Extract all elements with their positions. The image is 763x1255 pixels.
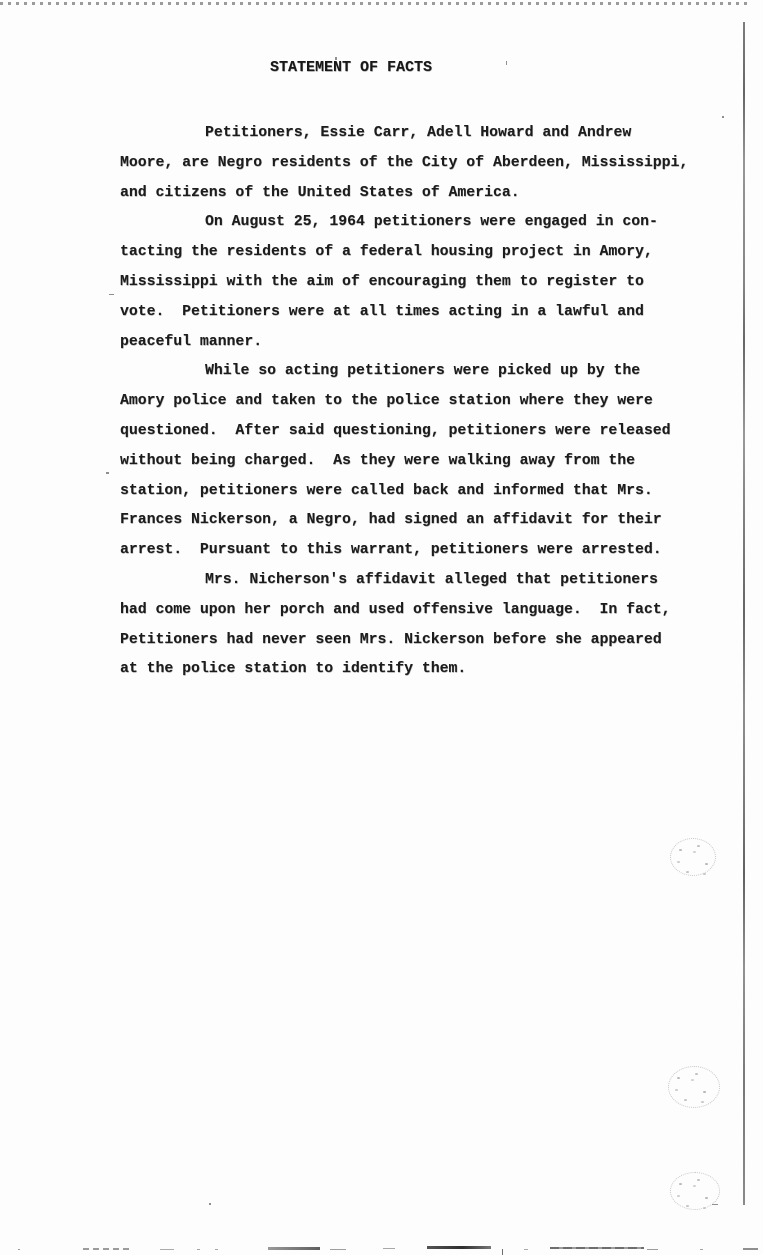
- text-line: had come upon her porch and used offensi…: [120, 596, 700, 626]
- document-body: Petitioners, Essie Carr, Adell Howard an…: [120, 119, 700, 685]
- scan-speck: [106, 472, 109, 474]
- scan-speck: [209, 1203, 211, 1205]
- scan-speck: [712, 1204, 718, 1205]
- paragraph-4: Mrs. Nicherson's affidavit alleged that …: [120, 566, 700, 685]
- right-vertical-scan-line: [743, 22, 745, 1205]
- text-line: Petitioners, Essie Carr, Adell Howard an…: [120, 119, 700, 149]
- text-line: tacting the residents of a federal housi…: [120, 238, 700, 268]
- scan-speck: [506, 61, 507, 65]
- text-line: station, petitioners were called back an…: [120, 477, 700, 507]
- text-line: Petitioners had never seen Mrs. Nickerso…: [120, 626, 700, 656]
- text-line: Mrs. Nicherson's affidavit alleged that …: [120, 566, 700, 596]
- text-line: vote. Petitioners were at all times acti…: [120, 298, 700, 328]
- page-title: STATEMENT OF FACTS: [270, 60, 432, 76]
- stamp-smudge: [670, 838, 716, 876]
- paragraph-3: While so acting petitioners were picked …: [120, 357, 700, 566]
- text-line: Frances Nickerson, a Negro, had signed a…: [120, 506, 700, 536]
- scan-speck: [109, 294, 114, 295]
- text-line: questioned. After said questioning, peti…: [120, 417, 700, 447]
- scan-speck: [722, 116, 724, 118]
- scanned-document-page: STATEMENT OF FACTS Petitioners, Essie Ca…: [0, 0, 763, 1255]
- text-line: While so acting petitioners were picked …: [120, 357, 700, 387]
- bottom-broken-scan-line: [0, 1244, 763, 1255]
- paragraph-2: On August 25, 1964 petitioners were enga…: [120, 208, 700, 357]
- text-line: arrest. Pursuant to this warrant, petiti…: [120, 536, 700, 566]
- top-dashed-scan-edge: [0, 2, 748, 5]
- text-line: peaceful manner.: [120, 328, 700, 358]
- stamp-smudge: [668, 1066, 720, 1108]
- text-line: without being charged. As they were walk…: [120, 447, 700, 477]
- text-line: and citizens of the United States of Ame…: [120, 179, 700, 209]
- text-line: Mississippi with the aim of encouraging …: [120, 268, 700, 298]
- paragraph-1: Petitioners, Essie Carr, Adell Howard an…: [120, 119, 700, 208]
- scan-speck: [335, 57, 337, 60]
- text-line: at the police station to identify them.: [120, 655, 700, 685]
- text-line: On August 25, 1964 petitioners were enga…: [120, 208, 700, 238]
- text-line: Moore, are Negro residents of the City o…: [120, 149, 700, 179]
- text-line: Amory police and taken to the police sta…: [120, 387, 700, 417]
